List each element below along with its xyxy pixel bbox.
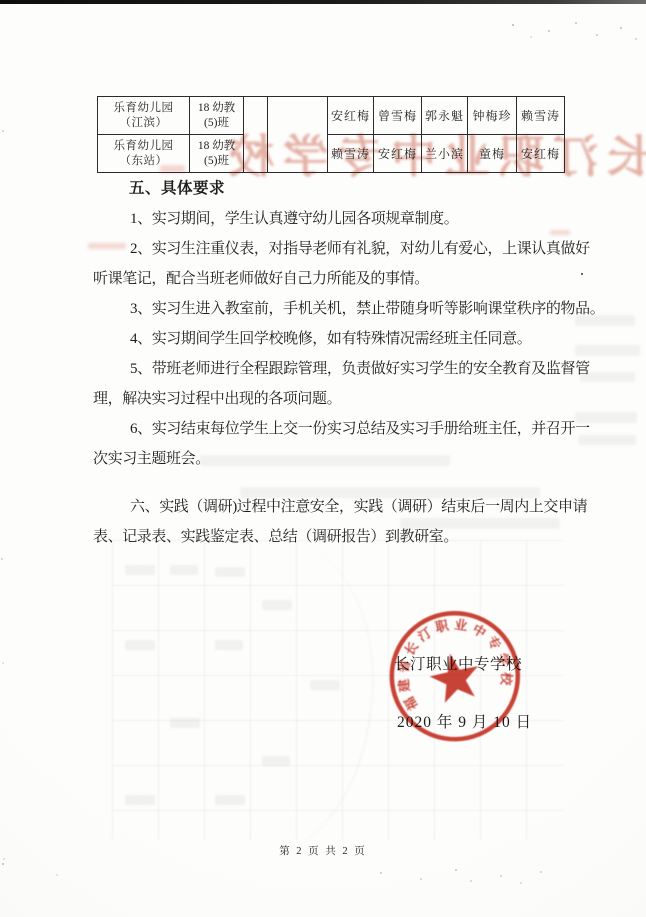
class-number: (5)班 — [190, 154, 243, 169]
teacher-name: 童梅 — [468, 135, 517, 173]
teacher-name: 安红梅 — [517, 135, 565, 173]
page-number-footer: 第 2 页 共 2 页 — [0, 843, 646, 858]
empty-cell — [268, 97, 328, 173]
bleedthrough-smudge — [125, 795, 155, 805]
teacher-name: 兰小滨 — [422, 135, 468, 173]
section6-paragraph: 六、实践（调研)过程中注意安全，实践（调研）结束后一周内上交申请 表、记录表、实… — [93, 492, 646, 552]
class-grade: 18 幼教 — [190, 101, 243, 116]
teacher-name: 郭永魁 — [422, 97, 468, 135]
bleedthrough-smudge — [262, 600, 292, 610]
requirement-item-2: 2、实习生注重仪表，对指导老师有礼貌，对幼儿有爱心，上课认真做好 — [93, 234, 646, 264]
class-cell: 18 幼教 (5)班 — [190, 135, 244, 173]
bleedthrough-smudge — [215, 567, 245, 577]
class-number: (5)班 — [190, 116, 243, 131]
section6-line-1: 六、实践（调研)过程中注意安全，实践（调研）结束后一周内上交申请 — [93, 492, 646, 522]
teacher-name: 赖雪涛 — [328, 135, 374, 173]
kindergarten-branch: （东站） — [98, 154, 189, 169]
scan-edge-top — [0, 0, 646, 4]
requirement-item-3: 3、实习生进入教室前，手机关机，禁止带随身听等影响课堂秩序的物品。 — [93, 294, 646, 324]
requirement-item-2-cont: 听课笔记，配合当班老师做好自己力所能及的事情。 — [93, 264, 646, 294]
requirement-item-1: 1、实习期间，学生认真遵守幼儿园各项规章制度。 — [93, 204, 646, 234]
official-seal-stamp: 福建省长汀职业中专学校 — [375, 596, 536, 757]
bleedthrough-smudge — [310, 680, 340, 690]
teacher-name: 安红梅 — [328, 97, 374, 135]
empty-cell — [244, 97, 268, 173]
bleedthrough-smudge — [170, 718, 200, 728]
requirement-item-5: 5、带班老师进行全程跟踪管理，负责做好实习学生的安全教育及监督管 — [93, 354, 646, 384]
section6-line-2: 表、记录表、实践鉴定表、总结（调研报告）到教研室。 — [93, 522, 646, 552]
bleedthrough-smudge — [125, 565, 155, 575]
bleedthrough-smudge — [262, 756, 290, 766]
document-body: 五、具体要求 1、实习期间，学生认真遵守幼儿园各项规章制度。 2、实习生注重仪表… — [93, 174, 646, 552]
scanned-document-page: 长汀职业中专学校 乐育幼儿园 （江滨） 18 幼教 (5)班 — [0, 0, 646, 917]
requirement-item-5-cont: 理，解决实习过程中出现的各项问题。 — [93, 384, 646, 414]
bleedthrough-smudge — [170, 565, 198, 575]
class-cell: 18 幼教 (5)班 — [190, 97, 244, 135]
teacher-name: 曾雪梅 — [374, 97, 422, 135]
seal-star-icon — [426, 649, 484, 705]
internship-placement-table: 乐育幼儿园 （江滨） 18 幼教 (5)班 安红梅 曾雪梅 郭永魁 钟梅珍 赖雪… — [97, 96, 565, 173]
kindergarten-name: 乐育幼儿园 — [98, 139, 189, 154]
kindergarten-cell: 乐育幼儿园 （东站） — [98, 135, 190, 173]
section5-heading: 五、具体要求 — [93, 174, 646, 204]
kindergarten-branch: （江滨） — [98, 116, 189, 131]
class-grade: 18 幼教 — [190, 139, 243, 154]
table-row: 乐育幼儿园 （东站） 18 幼教 (5)班 赖雪涛 安红梅 兰小滨 童梅 安红梅 — [98, 135, 565, 173]
requirement-item-6: 6、实习结束每位学生上交一份实习总结及实习手册给班主任，并召开一 — [93, 414, 646, 444]
teacher-name: 赖雪涛 — [517, 97, 565, 135]
table-row: 乐育幼儿园 （江滨） 18 幼教 (5)班 安红梅 曾雪梅 郭永魁 钟梅珍 赖雪… — [98, 97, 565, 135]
kindergarten-name: 乐育幼儿园 — [98, 101, 189, 116]
bleedthrough-smudge — [125, 640, 155, 650]
teacher-name: 安红梅 — [374, 135, 422, 173]
kindergarten-cell: 乐育幼儿园 （江滨） — [98, 97, 190, 135]
teacher-name: 钟梅珍 — [468, 97, 517, 135]
requirement-item-6-cont: 次实习主题班会。 — [93, 444, 646, 474]
requirement-item-4: 4、实习期间学生回学校晚修，如有特殊情况需经班主任同意。 — [93, 324, 646, 354]
bleedthrough-smudge — [215, 795, 245, 805]
bleedthrough-smudge — [215, 640, 243, 650]
